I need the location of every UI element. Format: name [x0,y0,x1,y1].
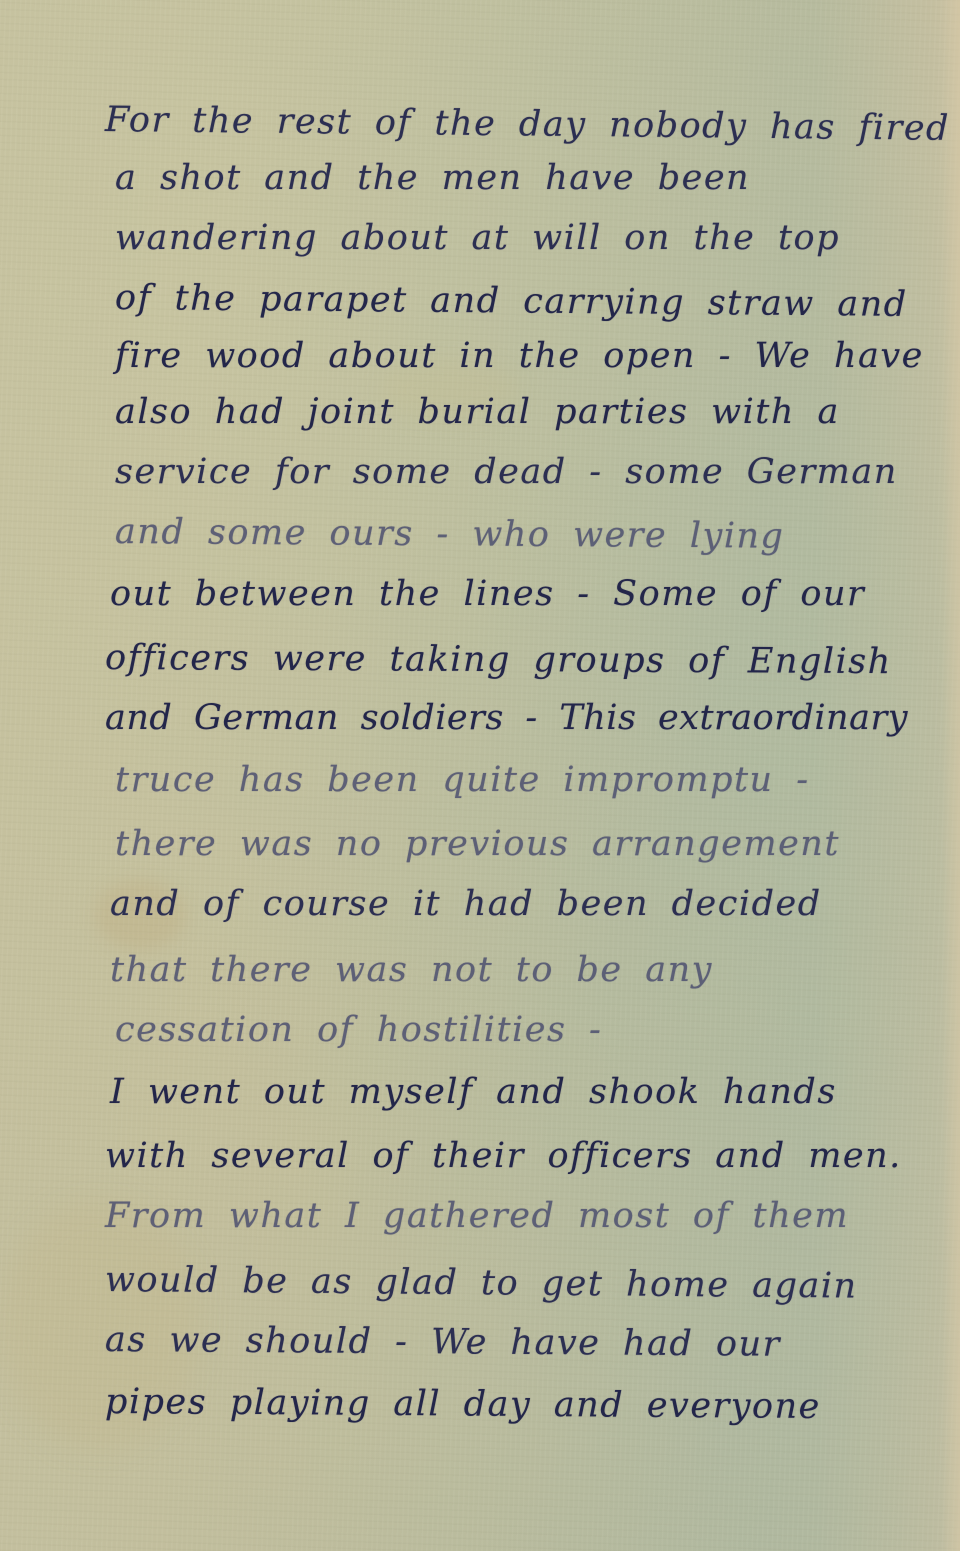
text-line: and of course it had been decided [110,884,822,924]
text-line: a shot and the men have been [115,158,750,198]
paper-edge [942,0,960,1551]
text-line: there was no previous arrangement [115,824,840,864]
text-line: with several of their officers and men. [105,1136,902,1176]
text-line: truce has been quite impromptu - [115,760,810,800]
text-line: would be as glad to get home again [105,1260,858,1307]
text-line: of the parapet and carrying straw and [115,278,908,325]
text-line: that there was not to be any [110,950,713,990]
text-line: and German soldiers - This extraordinary [105,698,908,738]
text-line: I went out myself and shook hands [110,1072,837,1112]
text-line: cessation of hostilities - [115,1010,602,1050]
text-line: service for some dead - some German [115,452,898,492]
text-line: also had joint burial parties with a [115,392,840,432]
letter-page: For the rest of the day nobody has fired… [0,0,960,1551]
text-line: and some ours - who were lying [115,512,785,557]
text-line: From what I gathered most of them [105,1196,849,1236]
text-line: wandering about at will on the top [115,218,840,258]
text-line: For the rest of the day nobody has fired [105,100,950,149]
text-line: out between the lines - Some of our [110,574,865,614]
text-line: as we should - We have had our [105,1320,781,1365]
text-line: officers were taking groups of English [105,638,892,682]
text-line: fire wood about in the open - We have [115,336,924,376]
text-line: pipes playing all day and everyone [105,1382,821,1427]
